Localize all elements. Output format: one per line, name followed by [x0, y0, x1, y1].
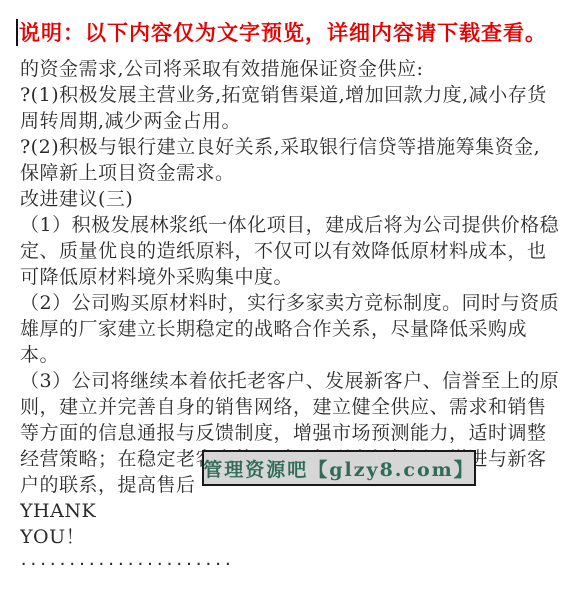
body-line: 则，建立并完善自身的销售网络，建立健全供应、需求和销售 [20, 394, 568, 420]
document-preview-page: 说明：以下内容仅为文字预览，详细内容请下载查看。 的资金需求,公司将采取有效措施… [0, 0, 578, 600]
body-line: 本。 [20, 342, 568, 368]
body-line: 雄厚的厂家建立长期稳定的战略合作关系，尽量降低采购成 [20, 316, 568, 342]
text-cursor [16, 19, 18, 46]
body-line: 保障新上项目资金需求。 [20, 160, 568, 186]
preview-notice: 说明：以下内容仅为文字预览，详细内容请下载查看。 [19, 17, 547, 47]
body-line: 定、质量优良的造纸原料，不仅可以有效降低原材料成本，也 [20, 238, 568, 264]
body-line: 可降低原材料境外采购集中度。 [20, 264, 568, 290]
body-line: 改进建议(三) [20, 186, 568, 212]
dots-line: ...................... [20, 550, 568, 576]
closing-line: YOU！ [20, 524, 568, 550]
body-line: 等方面的信息通报与反馈制度，增强市场预测能力，适时调整 [20, 420, 568, 446]
closing-line: YHANK [20, 498, 568, 524]
body-line: （3）公司将继续本着依托老客户、发展新客户、信誉至上的原 [20, 368, 568, 394]
body-line: （2）公司购买原材料时，实行多家卖方竞标制度。同时与资质 [20, 290, 568, 316]
watermark-box: 管理资源吧【glzy8.com】 [202, 450, 476, 486]
body-line: 周转周期,减少两金占用。 [20, 108, 568, 134]
body-line: 的资金需求,公司将采取有效措施保证资金供应: [20, 56, 568, 82]
document-body: 的资金需求,公司将采取有效措施保证资金供应: ?(1)积极发展主营业务,拓宽销售… [20, 56, 568, 576]
body-line: ?(2)积极与银行建立良好关系,采取银行信贷等措施筹集资金, [20, 134, 568, 160]
body-line: ?(1)积极发展主营业务,拓宽销售渠道,增加回款力度,减小存货 [20, 82, 568, 108]
body-line: （1）积极发展林浆纸一体化项目，建成后将为公司提供价格稳 [20, 212, 568, 238]
watermark-text: 管理资源吧【glzy8.com】 [203, 455, 475, 482]
